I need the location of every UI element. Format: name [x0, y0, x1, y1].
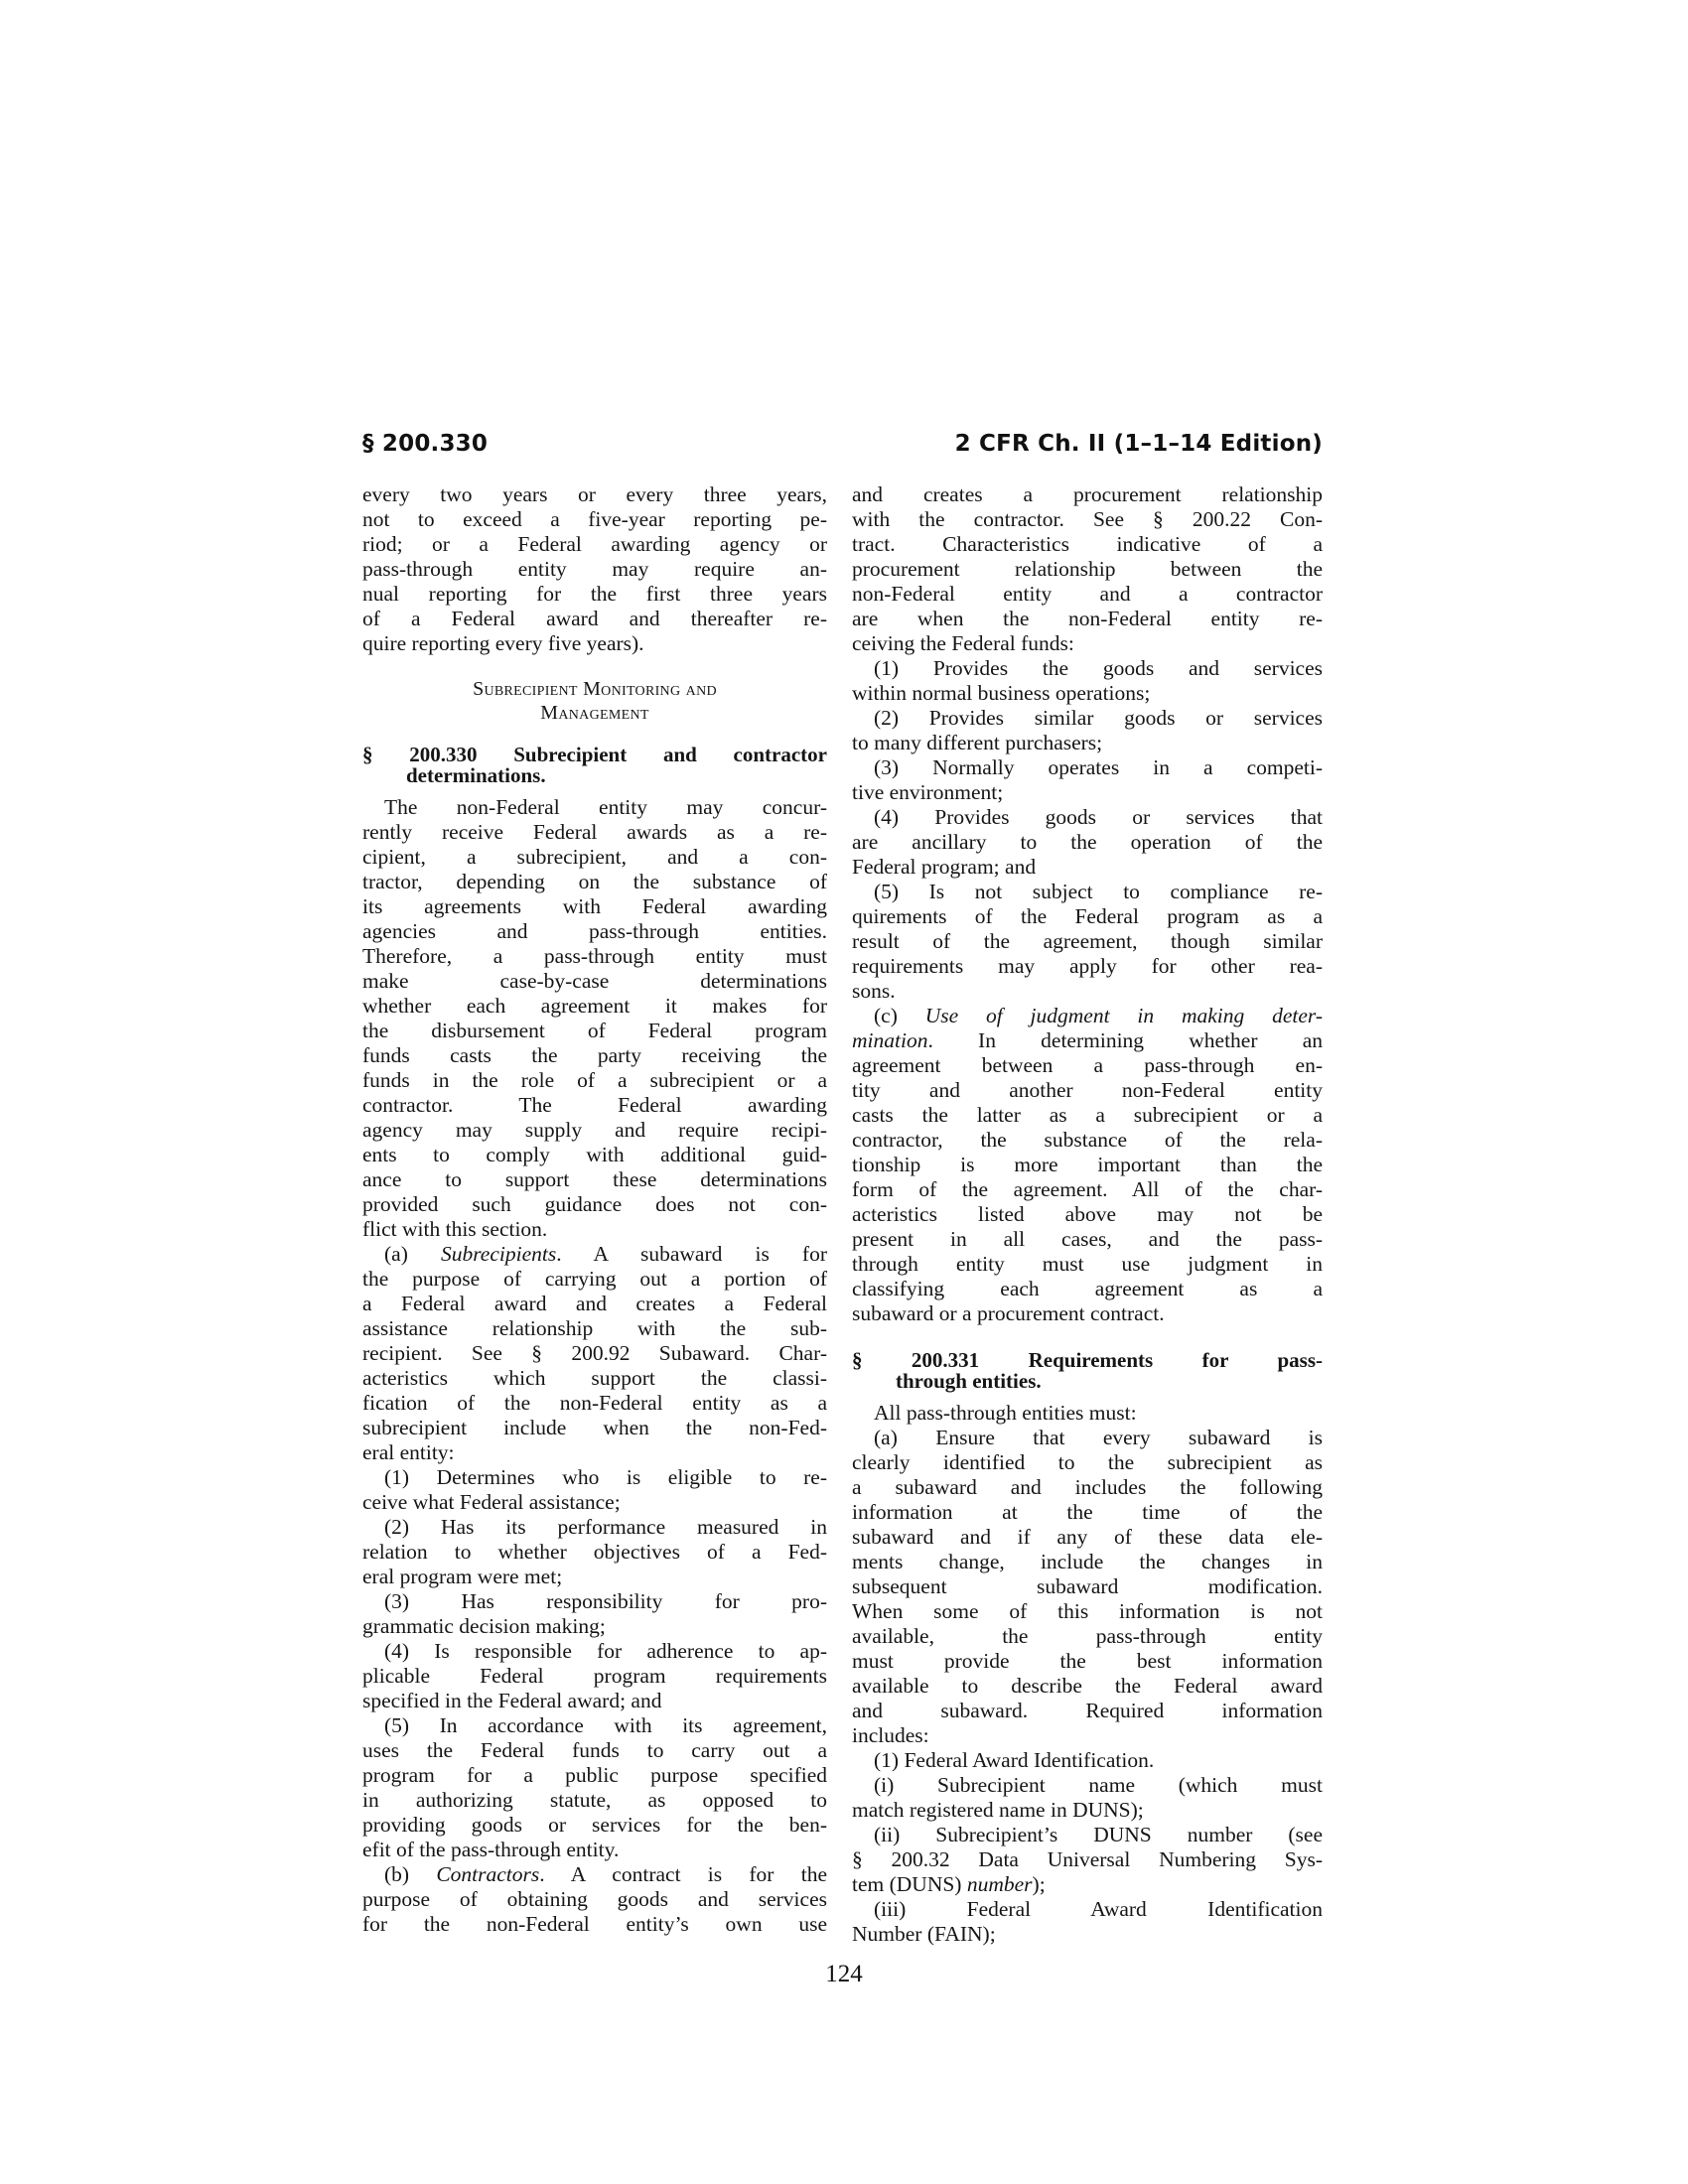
text-line: subsequent subaward modification. — [852, 1574, 1323, 1599]
text-line: its agreements with Federal awarding — [362, 894, 827, 919]
text-line: (ii) Subrecipient’s DUNS number (see — [852, 1823, 1323, 1847]
text-line: sons. — [852, 979, 1323, 1004]
text-line: All pass-through entities must: — [852, 1401, 1323, 1426]
text-line: pass-through entity may require an- — [362, 557, 827, 582]
text-line: available, the pass-through entity — [852, 1624, 1323, 1649]
text-line: are ancillary to the operation of the — [852, 830, 1323, 855]
document-page: § 200.330 2 CFR Ch. II (1–1–14 Edition) … — [0, 0, 1688, 2184]
text-line: provided such guidance does not con- — [362, 1192, 827, 1217]
text-line: must provide the best information — [852, 1649, 1323, 1674]
text-line: ments change, include the changes in — [852, 1550, 1323, 1574]
running-header-section: § 200.330 — [362, 431, 488, 457]
text-line: the disbursement of Federal program — [362, 1019, 827, 1043]
text-line: (2) Has its performance measured in — [362, 1515, 827, 1540]
text-line: acteristics listed above may not be — [852, 1202, 1323, 1227]
text-line: procurement relationship between the — [852, 557, 1323, 582]
text-line: quire reporting every five years). — [362, 631, 827, 656]
text-line: (4) Is responsible for adherence to ap- — [362, 1639, 827, 1664]
text-line: (5) In accordance with its agreement, — [362, 1713, 827, 1738]
text-line: clearly identified to the subrecipient a… — [852, 1450, 1323, 1475]
text-line: (4) Provides goods or services that — [852, 805, 1323, 830]
text-line: funds casts the party receiving the — [362, 1043, 827, 1068]
text-line: of a Federal award and thereafter re- — [362, 607, 827, 631]
text-line: make case-by-case determinations — [362, 969, 827, 994]
text-line: through entity must use judgment in — [852, 1252, 1323, 1277]
subpart-heading-line: Subrecipient Monitoring and — [362, 677, 827, 702]
section-heading-line: through entities. — [852, 1369, 1323, 1394]
text-line: a Federal award and creates a Federal — [362, 1292, 827, 1316]
text-line: providing goods or services for the ben- — [362, 1813, 827, 1838]
text-line: are when the non-Federal entity re- — [852, 607, 1323, 631]
text-line: for the non-Federal entity’s own use — [362, 1912, 827, 1937]
subpart-heading-line: Management — [362, 701, 827, 726]
text-line: (a) Ensure that every subaward is — [852, 1426, 1323, 1450]
text-line: subaward and if any of these data ele- — [852, 1525, 1323, 1550]
text-line: available to describe the Federal award — [852, 1674, 1323, 1699]
text-line: grammatic decision making; — [362, 1614, 827, 1639]
italic-term: Contractors — [436, 1862, 539, 1886]
text-line: specified in the Federal award; and — [362, 1689, 827, 1713]
text-line: tity and another non-Federal entity — [852, 1078, 1323, 1103]
text-line: assistance relationship with the sub- — [362, 1316, 827, 1341]
text-line: tractor, depending on the substance of — [362, 870, 827, 894]
text-run: ); — [1033, 1872, 1046, 1896]
text-run: (c) — [874, 1004, 925, 1027]
text-line: classifying each agreement as a — [852, 1277, 1323, 1301]
text-line: form of the agreement. All of the char- — [852, 1177, 1323, 1202]
text-line: contractor. The Federal awarding — [362, 1093, 827, 1118]
text-line: eral program were met; — [362, 1565, 827, 1589]
text-line: funds in the role of a subrecipient or a — [362, 1068, 827, 1093]
text-line: program for a public purpose specified — [362, 1763, 827, 1788]
text-line: requirements may apply for other rea- — [852, 954, 1323, 979]
text-line: with the contractor. See § 200.22 Con- — [852, 507, 1323, 532]
text-run: tem (DUNS) — [852, 1872, 967, 1896]
text-line: within normal business operations; — [852, 681, 1323, 706]
text-line: acteristics which support the classi- — [362, 1366, 827, 1391]
text-line: to many different purchasers; — [852, 731, 1323, 755]
text-line: purpose of obtaining goods and services — [362, 1887, 827, 1912]
text-line: subaward or a procurement contract. — [852, 1301, 1323, 1326]
text-line: non-Federal entity and a contractor — [852, 582, 1323, 607]
text-line: uses the Federal funds to carry out a — [362, 1738, 827, 1763]
running-header-title: 2 CFR Ch. II (1–1–14 Edition) — [955, 431, 1323, 457]
text-line: riod; or a Federal awarding agency or — [362, 532, 827, 557]
text-line: (3) Has responsibility for pro- — [362, 1589, 827, 1614]
text-line: When some of this information is not — [852, 1599, 1323, 1624]
text-line: cipient, a subrecipient, and a con- — [362, 845, 827, 870]
page-number: 124 — [0, 1961, 1688, 1988]
text-run: . A subaward is for — [556, 1242, 827, 1266]
text-line: eral entity: — [362, 1440, 827, 1465]
text-line: not to exceed a five-year reporting pe- — [362, 507, 827, 532]
text-line: (iii) Federal Award Identification — [852, 1897, 1323, 1922]
text-line: The non-Federal entity may concur- — [362, 795, 827, 820]
text-line: tract. Characteristics indicative of a — [852, 532, 1323, 557]
text-line: the purpose of carrying out a portion of — [362, 1267, 827, 1292]
text-line: agency may supply and require recipi- — [362, 1118, 827, 1143]
text-line: recipient. See § 200.92 Subaward. Char- — [362, 1341, 827, 1366]
text-line: fication of the non-Federal entity as a — [362, 1391, 827, 1416]
text-line: result of the agreement, though similar — [852, 929, 1323, 954]
text-line: (1) Provides the goods and services — [852, 656, 1323, 681]
text-run: (a) — [384, 1242, 441, 1266]
text-line: (a) Subrecipients. A subaward is for — [362, 1242, 827, 1267]
text-line: (c) Use of judgment in making deter- — [852, 1004, 1323, 1028]
text-run: . A contract is for the — [539, 1862, 827, 1886]
text-line: Number (FAIN); — [852, 1922, 1323, 1947]
text-line: Therefore, a pass-through entity must — [362, 944, 827, 969]
text-line: mination. In determining whether an — [852, 1028, 1323, 1053]
text-line: flict with this section. — [362, 1217, 827, 1242]
italic-term: Use of judgment in making deter- — [925, 1004, 1323, 1027]
text-line: (1) Determines who is eligible to re- — [362, 1465, 827, 1490]
text-line: ceive what Federal assistance; — [362, 1490, 827, 1515]
text-line: quirements of the Federal program as a — [852, 904, 1323, 929]
text-line: agencies and pass-through entities. — [362, 919, 827, 944]
text-run: (b) — [384, 1862, 436, 1886]
text-line: (2) Provides similar goods or services — [852, 706, 1323, 731]
text-line: tionship is more important than the — [852, 1153, 1323, 1177]
section-heading-line: determinations. — [362, 763, 827, 788]
text-line: ceiving the Federal funds: — [852, 631, 1323, 656]
text-line: ents to comply with additional guid- — [362, 1143, 827, 1167]
text-line: efit of the pass-through entity. — [362, 1838, 827, 1862]
text-line: whether each agreement it makes for — [362, 994, 827, 1019]
text-line: (i) Subrecipient name (which must — [852, 1773, 1323, 1798]
text-line: every two years or every three years, — [362, 482, 827, 507]
text-line: includes: — [852, 1723, 1323, 1748]
italic-term: mination — [852, 1028, 927, 1052]
text-line: tem (DUNS) number); — [852, 1872, 1323, 1897]
text-line: (5) Is not subject to compliance re- — [852, 880, 1323, 904]
text-line: Federal program; and — [852, 855, 1323, 880]
text-run: . In determining whether an — [927, 1028, 1323, 1052]
text-line: information at the time of the — [852, 1500, 1323, 1525]
text-line: (3) Normally operates in a competi- — [852, 755, 1323, 780]
text-line: present in all cases, and the pass- — [852, 1227, 1323, 1252]
text-line: plicable Federal program requirements — [362, 1664, 827, 1689]
text-line: agreement between a pass-through en- — [852, 1053, 1323, 1078]
text-line: relation to whether objectives of a Fed- — [362, 1540, 827, 1565]
text-line: a subaward and includes the following — [852, 1475, 1323, 1500]
text-line: nual reporting for the first three years — [362, 582, 827, 607]
text-line: § 200.32 Data Universal Numbering Sys- — [852, 1847, 1323, 1872]
text-line: casts the latter as a subrecipient or a — [852, 1103, 1323, 1128]
text-line: ance to support these determinations — [362, 1167, 827, 1192]
text-line: rently receive Federal awards as a re- — [362, 820, 827, 845]
text-line: and creates a procurement relationship — [852, 482, 1323, 507]
text-line: contractor, the substance of the rela- — [852, 1128, 1323, 1153]
text-line: subrecipient include when the non-Fed- — [362, 1416, 827, 1440]
text-line: and subaward. Required information — [852, 1699, 1323, 1723]
italic-term: number — [967, 1872, 1033, 1896]
text-line: tive environment; — [852, 780, 1323, 805]
text-line: in authorizing statute, as opposed to — [362, 1788, 827, 1813]
text-line: match registered name in DUNS); — [852, 1798, 1323, 1823]
text-line: (1) Federal Award Identification. — [852, 1748, 1323, 1773]
text-line: (b) Contractors. A contract is for the — [362, 1862, 827, 1887]
italic-term: Subrecipients — [441, 1242, 556, 1266]
